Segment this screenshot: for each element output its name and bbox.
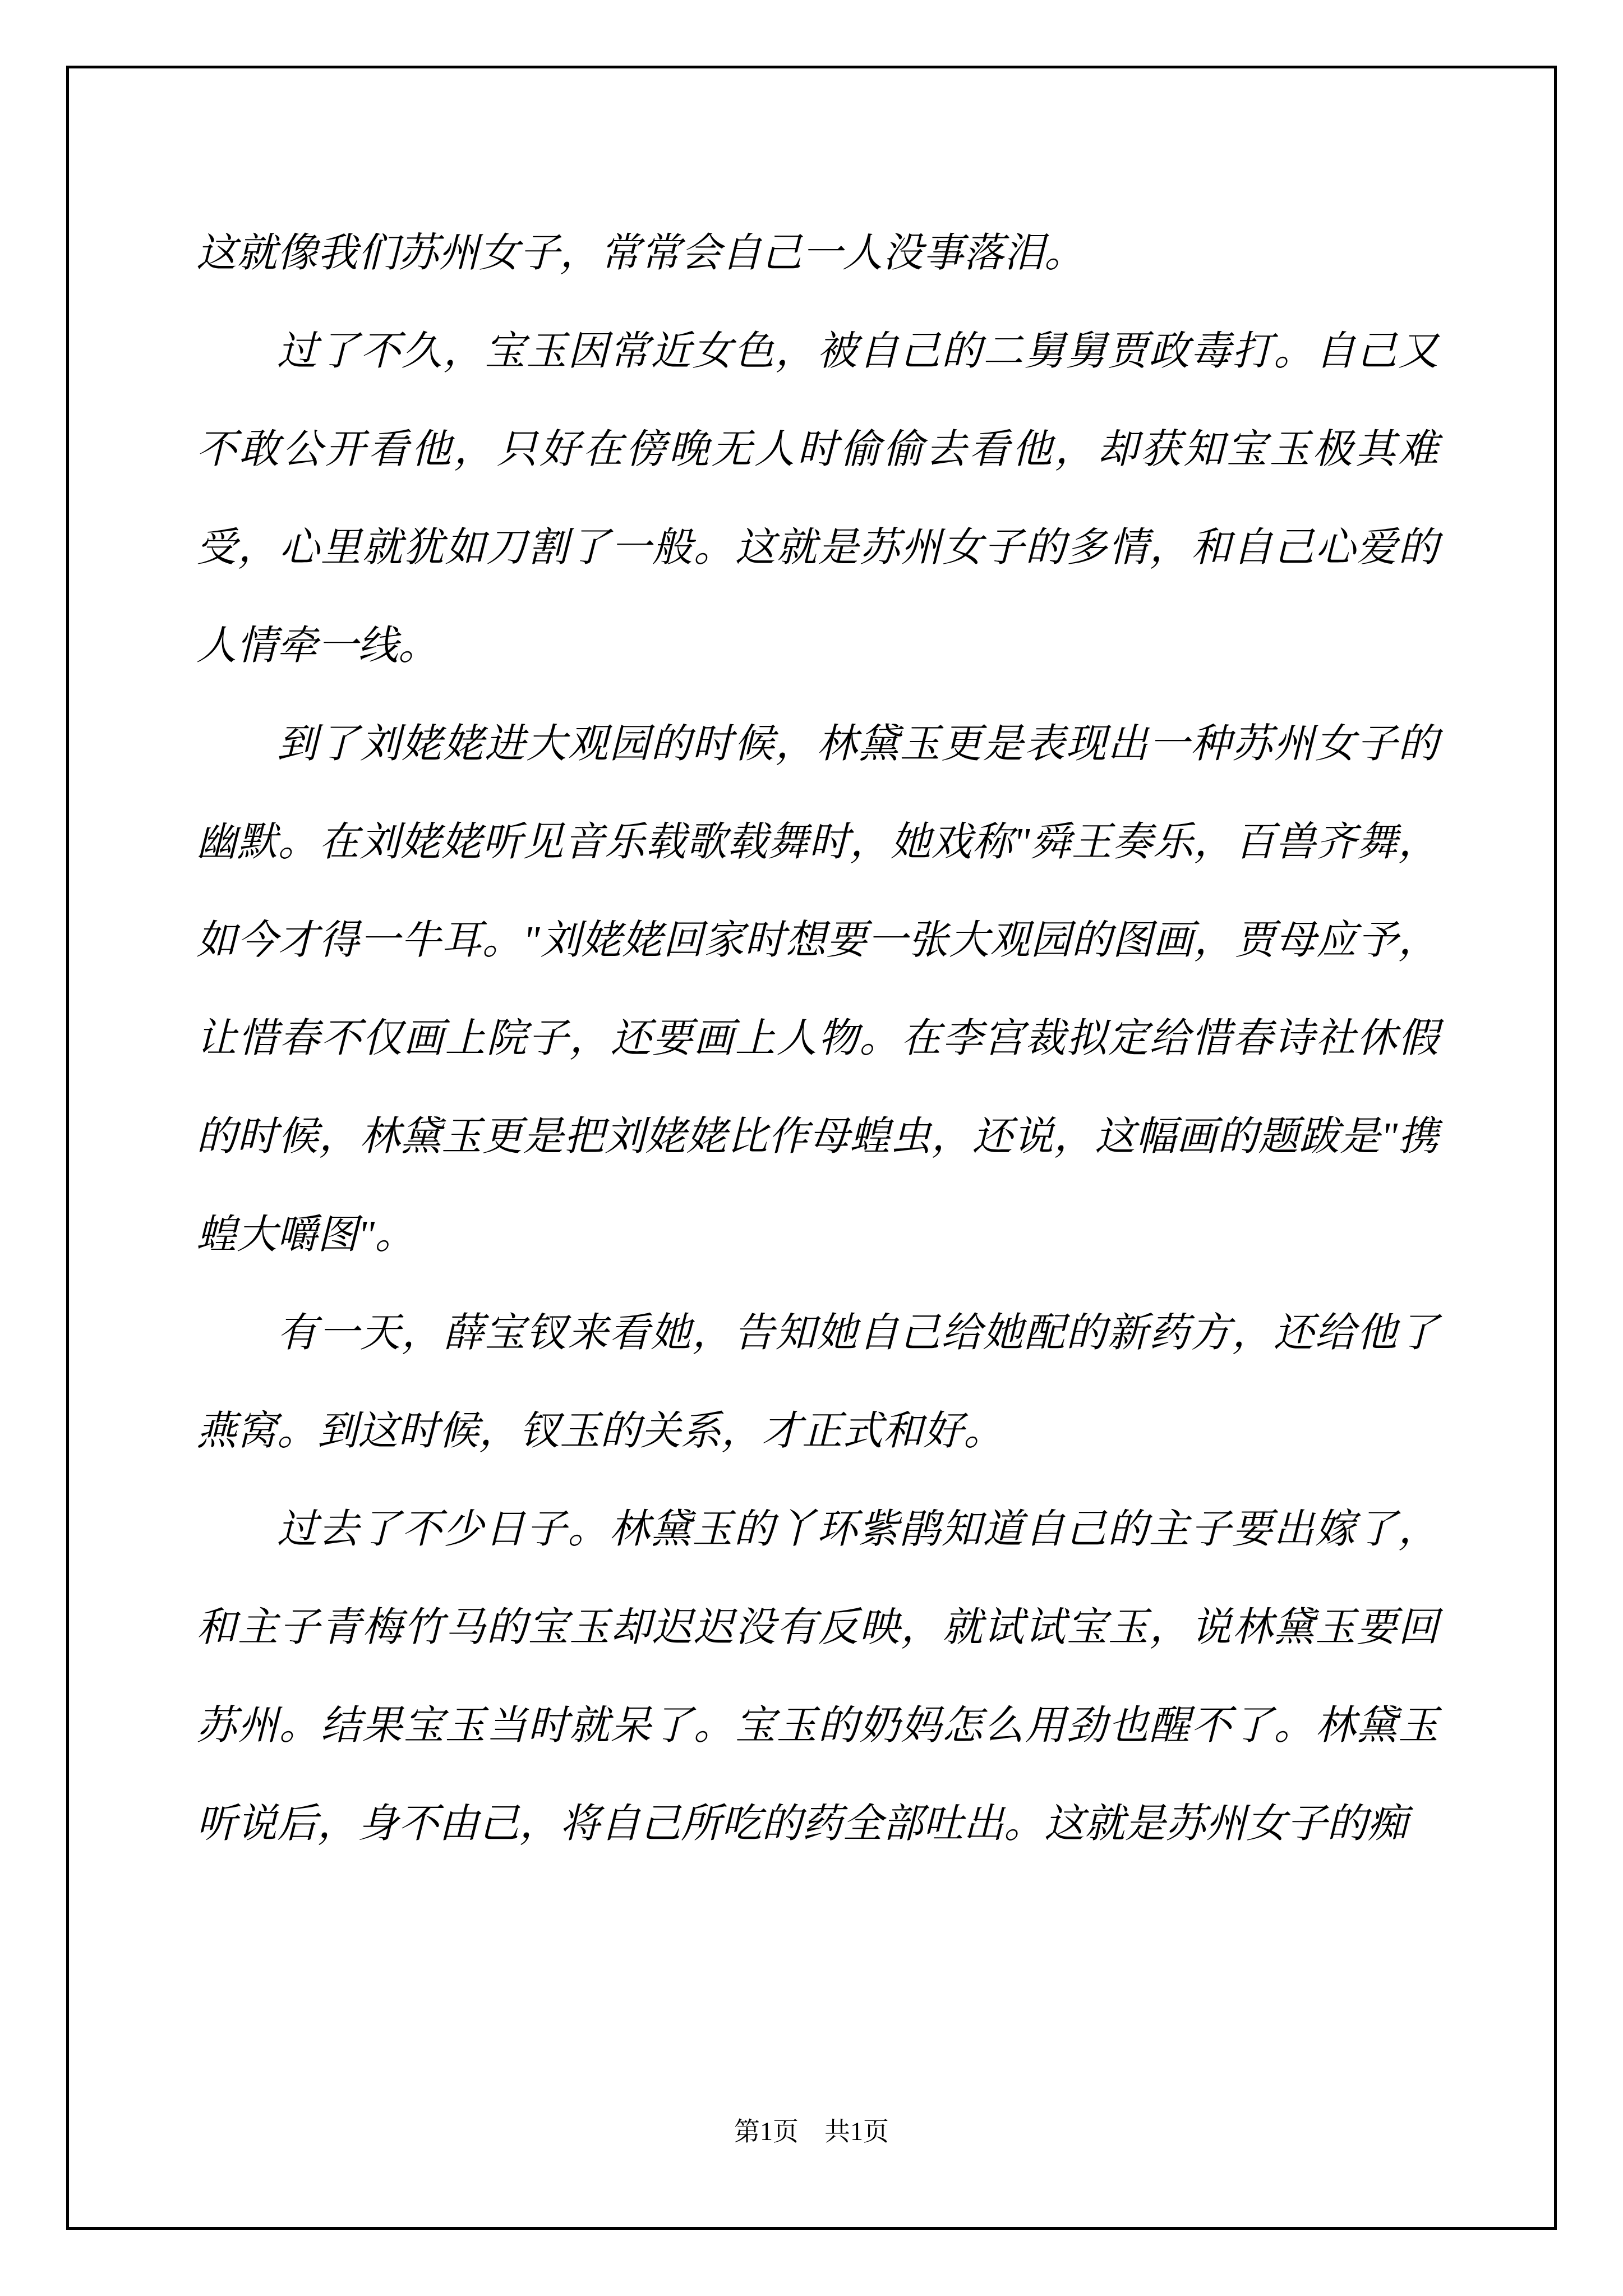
paragraph: 这就像我们苏州女子，常常会自己一人没事落泪。	[196, 204, 1438, 302]
paragraph: 有一天，薛宝钗来看她，告知她自己给她配的新药方，还给他了燕窝。到这时候，钗玉的关…	[196, 1284, 1438, 1480]
document-body-text: 这就像我们苏州女子，常常会自己一人没事落泪。过了不久，宝玉因常近女色，被自己的二…	[196, 204, 1438, 1873]
paragraph: 到了刘姥姥进大观园的时候，林黛玉更是表现出一种苏州女子的幽默。在刘姥姥听见音乐载…	[196, 695, 1438, 1284]
paragraph: 过去了不少日子。林黛玉的丫环紫鹃知道自己的主子要出嫁了，和主子青梅竹马的宝玉却迟…	[196, 1480, 1438, 1873]
page-border-frame: 这就像我们苏州女子，常常会自己一人没事落泪。过了不久，宝玉因常近女色，被自己的二…	[66, 66, 1557, 2230]
page-number-label: 第1页 共1页	[734, 2117, 889, 2146]
paragraph: 过了不久，宝玉因常近女色，被自己的二舅舅贾政毒打。自己又不敢公开看他，只好在傍晚…	[196, 302, 1438, 695]
page-footer: 第1页 共1页	[69, 2115, 1554, 2148]
